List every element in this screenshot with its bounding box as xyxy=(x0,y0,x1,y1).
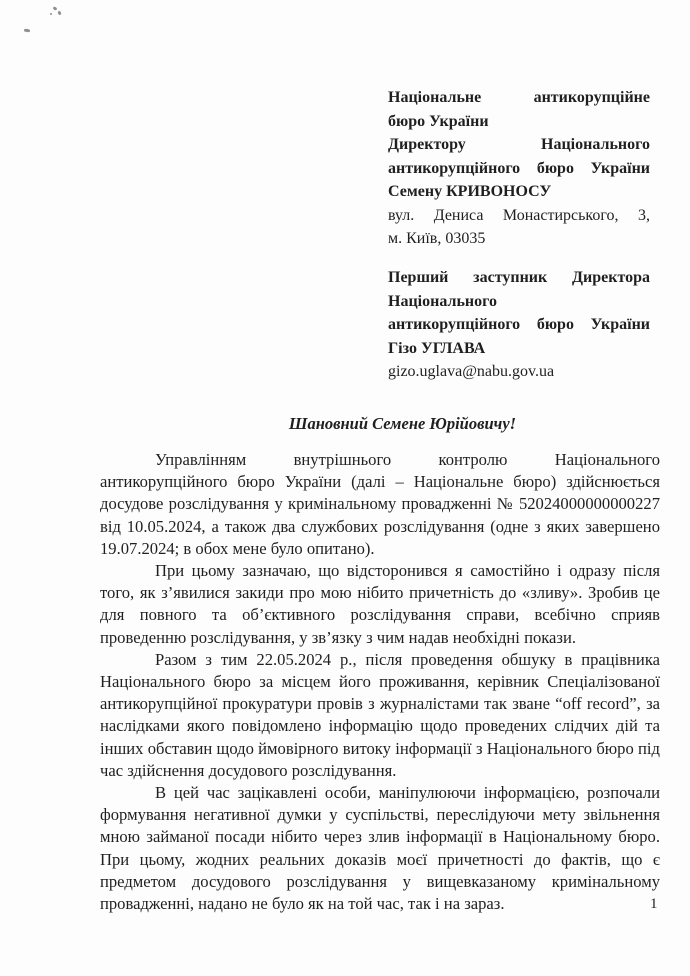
addressee-name: Семену КРИВОНОСУ xyxy=(388,180,650,204)
sender-email: gizo.uglava@nabu.gov.ua xyxy=(388,360,650,384)
sender-name: Гізо УГЛАВА xyxy=(388,337,650,361)
sender-line: Національного xyxy=(388,290,650,314)
document-page: Національне антикорупційне бюро України … xyxy=(0,0,690,976)
body-paragraph: Управлінням внутрішнього контролю Націон… xyxy=(100,449,660,560)
scan-artifact-speck xyxy=(53,6,58,11)
addressee-line: антикорупційного бюро України xyxy=(388,157,650,181)
scan-artifact-speck xyxy=(57,11,61,16)
addressee-block: Національне антикорупційне бюро України … xyxy=(388,86,650,251)
sender-line: Перший заступник Директора xyxy=(388,266,650,290)
salutation: Шановний Семене Юрійовичу! xyxy=(100,414,660,434)
scan-artifact-speck xyxy=(24,29,30,33)
addressee-street: вул. Дениса Монастирського, 3, xyxy=(388,204,650,228)
body-paragraph: Разом з тим 22.05.2024 р., після проведе… xyxy=(100,649,660,782)
scan-artifact-speck xyxy=(50,13,52,15)
addressee-line: бюро України xyxy=(388,110,650,134)
addressee-line: Директору Національного xyxy=(388,133,650,157)
body-paragraph: В цей час зацікавлені особи, маніпулюючи… xyxy=(100,782,660,915)
sender-block: Перший заступник Директора Національного… xyxy=(388,266,650,384)
sender-line: антикорупційного бюро України xyxy=(388,313,650,337)
addressee-line: Національне антикорупційне xyxy=(388,86,650,110)
addressee-city: м. Київ, 03035 xyxy=(388,227,650,251)
letter-body: Управлінням внутрішнього контролю Націон… xyxy=(100,449,660,915)
body-paragraph: При цьому зазначаю, що відсторонився я с… xyxy=(100,560,660,649)
page-number: 1 xyxy=(650,896,658,913)
